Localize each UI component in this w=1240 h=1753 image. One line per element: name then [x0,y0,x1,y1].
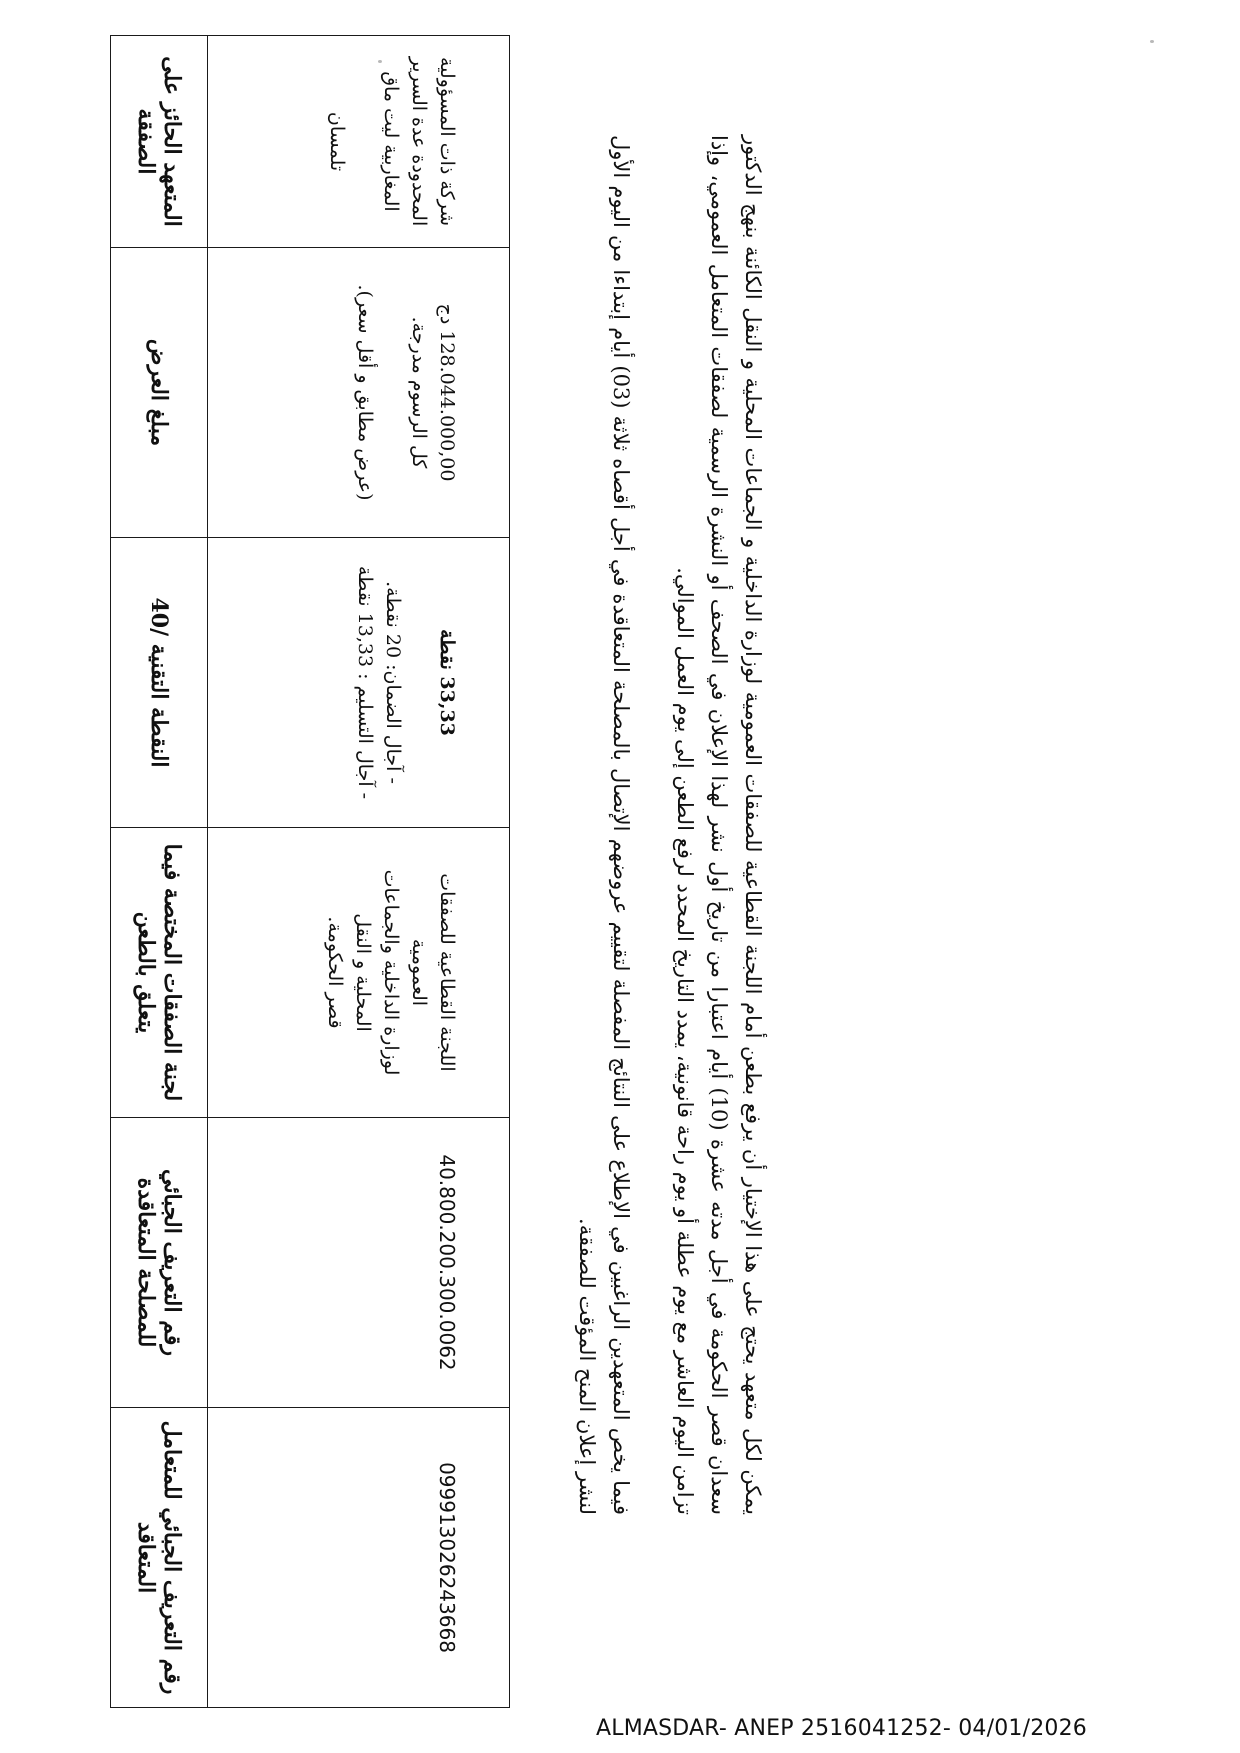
operator-tax-id-cell: 099913026243668 [208,1408,510,1708]
technical-score-cell: 33,33 نقطة - آجال الضمان: 20 نقطة. - آجا… [208,538,510,828]
delivery-score: - آجال التسليم : 13,33 نقطة [351,548,379,817]
committee-cell: اللجنة القطاعية للصفقات العمومية لوزارة … [208,828,510,1118]
award-table: 099913026243668 40.800.200.300.0062 اللج… [110,35,510,1708]
header-offer-amount: مبلغ العرض [111,248,208,538]
offer-taxes: كل الرسوم مدرجة. [405,258,433,527]
table-row: 099913026243668 40.800.200.300.0062 اللج… [208,36,510,1708]
winner-line: شركة ذات المسؤولية [433,46,461,237]
offer-amount-cell: 128.044.000,00 دج كل الرسوم مدرجة. (عرض … [208,248,510,538]
warranty-score: - آجال الضمان: 20 نقطة. [379,548,407,817]
header-service-tax-id: رقم التعريف الجبائي للمصلحة المتعاقدة [111,1118,208,1408]
committee-line: اللجنة القطاعية للصفقات العمومية [405,838,461,1107]
technical-score-total: 33,33 نقطة [433,548,461,817]
committee-line: قصر الحكومة. [321,838,349,1107]
winner-cell: شركة ذات المسؤولية المحدودة عدة السرير ا… [208,36,510,248]
header-winner: المتعهد الحائز على الصفقة [111,36,208,248]
scan-speck [378,60,382,63]
winner-line: المحدودة عدة السرير [405,46,433,237]
offer-note: (عرض مطابق و أقل سعر). [351,258,379,527]
appeal-notice: يمكن لكل متعهد يحتج على هذا الإختيار أن … [570,135,770,1515]
publication-reference: ALMASDAR- ANEP 2516041252- 04/01/2026 [596,1716,1087,1741]
winner-city: تلمسان [323,46,351,237]
service-tax-id-cell: 40.800.200.300.0062 [208,1118,510,1408]
service-tax-id: 40.800.200.300.0062 [435,1154,459,1370]
scan-speck [1150,40,1154,43]
results-paragraph: فيما يخص المتعهدين الراغبين في الإطلاع ع… [570,135,638,1515]
header-technical-score: النقطة التقنية /40 [111,538,208,828]
committee-line: لوزارة الداخلية والجماعات [377,838,405,1107]
appeal-paragraph: يمكن لكل متعهد يحتج على هذا الإختيار أن … [668,135,770,1515]
winner-line: المغاربية ليت ماق [377,46,405,237]
offer-amount: 128.044.000,00 دج [433,258,461,527]
committee-line: المحلية و النقل [349,838,377,1107]
header-committee: لجنة الصفقات المختصة فيما يتعلق بالطعن [111,828,208,1118]
table-header-row: رقم التعريف الجبائي للمتعامل المتعاقد رق… [111,36,208,1708]
operator-tax-id: 099913026243668 [435,1462,459,1653]
header-operator-tax-id: رقم التعريف الجبائي للمتعامل المتعاقد [111,1408,208,1708]
rotated-page-content: يمكن لكل متعهد يحتج على هذا الإختيار أن … [110,35,800,1715]
